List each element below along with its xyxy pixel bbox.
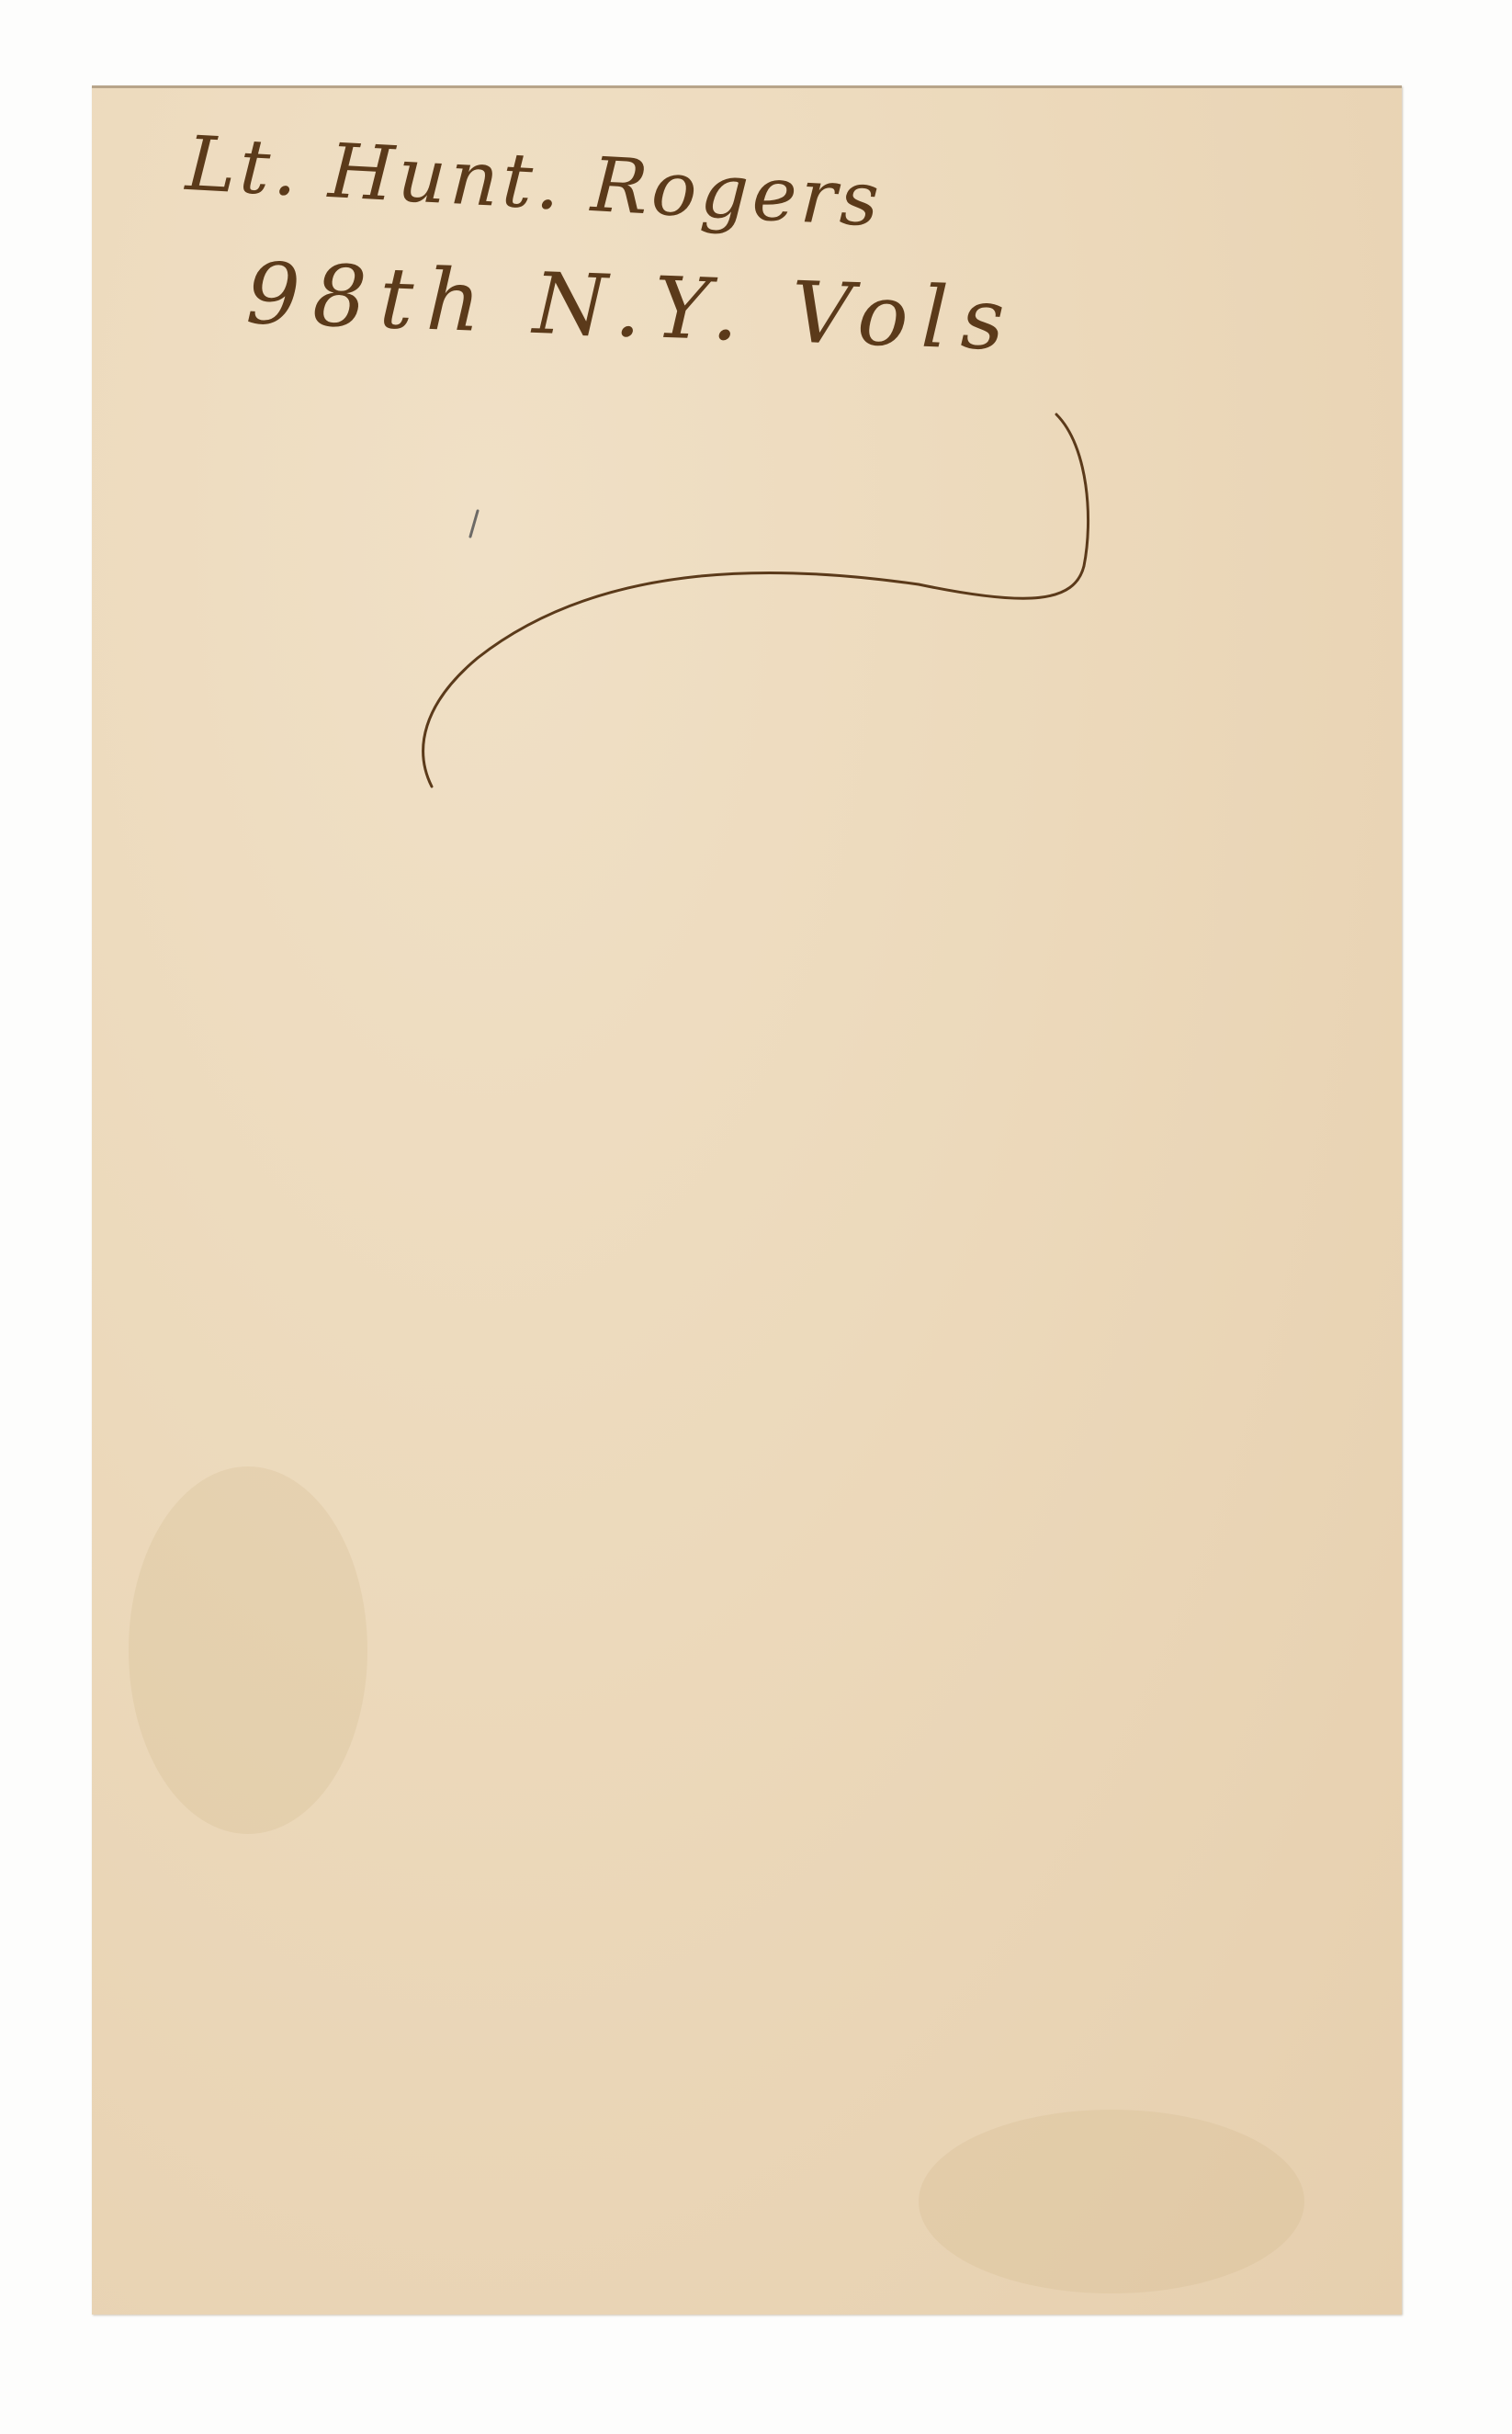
card-back: Lt. Hunt. Rogers 98th N.Y. Vols xyxy=(92,85,1402,2315)
pen-flourish xyxy=(92,88,1402,823)
age-stain xyxy=(919,2110,1304,2293)
age-stain xyxy=(129,1466,367,1834)
